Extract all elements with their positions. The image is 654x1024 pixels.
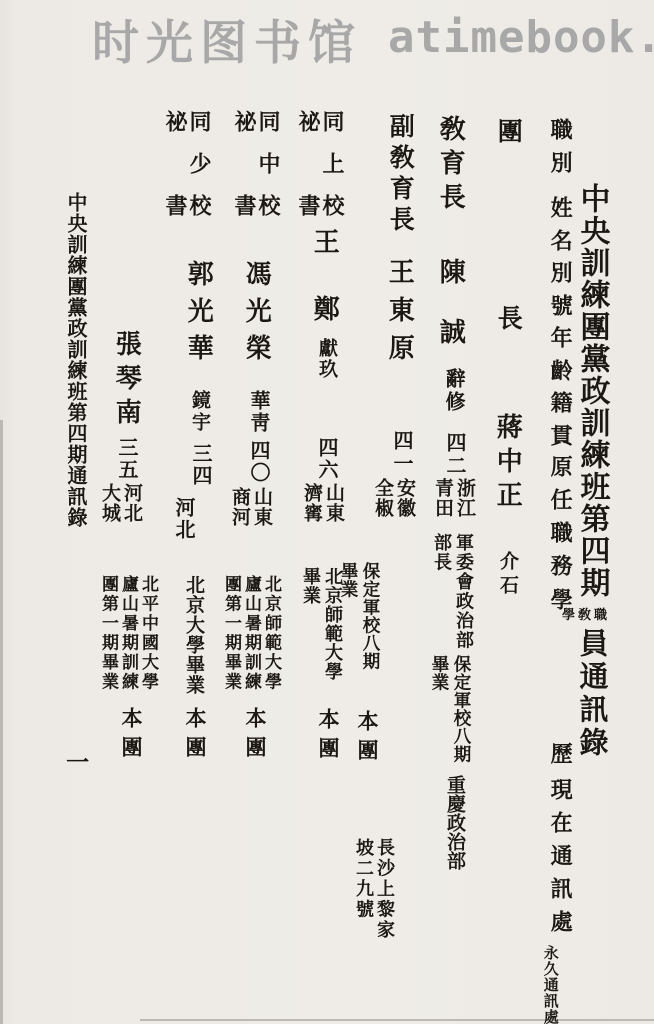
entry3-title: 副敎育長: [386, 113, 412, 237]
entry5-hao: 華靑: [247, 390, 268, 434]
entry6-education: 北京大學畢業: [183, 575, 203, 695]
entry6-current-address: 本團: [184, 707, 206, 765]
entry5-native-left: 商河: [228, 487, 250, 527]
header-zhibie: 職別: [549, 118, 572, 184]
book-title-tail: 員通訊錄: [576, 628, 606, 760]
entry6-native-place: 河北: [172, 497, 193, 541]
entry5-current-address: 本團: [244, 707, 266, 765]
entry1-name: 蔣中正: [494, 413, 521, 515]
entry4-native-place: 山東 濟寗: [300, 483, 344, 523]
entry4-education-left: 畢業: [300, 567, 322, 681]
entry7-education-col2: 廬山暑期訓練: [118, 575, 138, 692]
entry2-education-right: 保定軍校八期: [451, 655, 473, 763]
entry4-education-right: 北京師範大學: [322, 567, 344, 681]
entry3-current-address: 本團: [356, 710, 378, 768]
entry3-education: 保定軍校八期 畢業: [338, 562, 382, 670]
scan-edge-left: [0, 420, 3, 1024]
page-number: 一: [63, 750, 87, 773]
header-xianzai-tongxunchu: 現在通訊處: [549, 778, 572, 943]
entry2-native-place: 浙江 青田: [431, 478, 475, 518]
entry4-current-address: 本團: [317, 708, 339, 766]
entry2-former-post-right: 軍委會政治部: [453, 533, 475, 650]
entry6-title: 同少校 祕書: [163, 110, 211, 278]
header-jiguan: 籍貫: [549, 391, 572, 457]
scan-edge-bottom: [140, 1019, 654, 1021]
entry1-title-char2: 長: [494, 305, 520, 330]
entry4-education: 北京師範大學 畢業: [300, 567, 344, 681]
header-yongjiu-tongxunchu: 永久通訊處: [541, 945, 557, 1024]
entry2-hao: 辭修: [442, 368, 463, 414]
entry2-education-left: 畢業: [429, 655, 451, 763]
entry7-native-place: 河北 大城: [98, 483, 142, 523]
entry1-hao: 介石: [497, 551, 517, 599]
entry5-education: 北京師範大學 廬山暑期訓練 團第一期畢業: [221, 575, 281, 692]
entry2-former-post-left: 部長: [431, 533, 453, 650]
entry2-title: 敎育長: [437, 115, 464, 217]
entry3-native-place: 安徽 全椒: [371, 478, 415, 518]
entry3-permanent-left: 坡二九號: [353, 838, 374, 941]
entry7-education-col3: 團第一期畢業: [98, 575, 118, 692]
watermark-latin: atimebook.: [388, 12, 654, 63]
entry5-education-col1: 北京師範大學: [261, 575, 281, 692]
watermark-chinese: 时光图书馆: [92, 6, 362, 73]
running-title: 中央訓練團黨政訓練班第四期通訊錄: [64, 192, 85, 528]
entry3-permanent-right: 長沙上黎家: [374, 838, 395, 941]
entry6-title-right: 同少校: [187, 110, 211, 278]
entry2-current-address: 重慶政治部: [444, 775, 464, 870]
entry5-education-col2: 廬山暑期訓練: [241, 575, 261, 692]
entry3-native-left: 全椒: [371, 478, 393, 518]
entry5-title-left: 祕書: [232, 110, 256, 278]
header-biehao: 別號: [549, 261, 572, 327]
header-li: 歷: [549, 742, 572, 764]
entry5-native-right: 山東: [250, 487, 272, 527]
entry4-age: 四六: [315, 437, 336, 481]
entry2-former-post: 軍委會政治部 部長: [431, 533, 475, 650]
entry7-name: 張琴南: [113, 330, 140, 432]
entry7-education-col1: 北平中國大學: [138, 575, 158, 692]
entry5-native-place: 山東 商河: [228, 487, 272, 527]
entry2-name: 陳誠: [437, 258, 464, 378]
entry7-current-address: 本團: [120, 707, 142, 765]
entry4-hao: 獻玖: [316, 338, 336, 380]
entry2-native-right: 浙江: [453, 478, 475, 518]
entry3-education-right: 保定軍校八期: [360, 562, 382, 670]
book-title-main: 中央訓練團黨政訓練班第四期: [576, 183, 608, 599]
entry3-permanent-address: 長沙上黎家 坡二九號: [353, 838, 395, 941]
entry5-name: 馮光榮: [243, 260, 270, 371]
entry3-native-right: 安徽: [393, 478, 415, 518]
entry6-title-left: 祕書: [163, 110, 187, 278]
entry2-native-left: 青田: [431, 478, 453, 518]
scanned-directory-page: 时光图书馆 atimebook. 中央訓練團黨政訓練班第四期 學敎職 員通訊錄 …: [0, 0, 654, 1024]
entry5-title-right: 同中校: [256, 110, 280, 278]
entry7-education: 北平中國大學 廬山暑期訓練 團第一期畢業: [98, 575, 158, 692]
entry3-age: 四一: [390, 430, 411, 476]
entry5-title: 同中校 祕書: [232, 110, 280, 278]
header-nianling: 年齡: [549, 326, 572, 392]
entry5-age: 四〇: [247, 440, 268, 484]
entry2-age: 四二: [443, 432, 464, 478]
entry7-age: 三五: [115, 437, 136, 481]
header-xue: 學: [549, 588, 572, 610]
entry6-name: 郭光華: [185, 260, 212, 371]
entry7-native-right: 河北: [120, 483, 142, 523]
entry7-native-left: 大城: [98, 483, 120, 523]
entry5-education-col3: 團第一期畢業: [221, 575, 241, 692]
header-xingming: 姓名: [549, 196, 572, 262]
header-yuanrenzhiwu: 原任職務: [549, 455, 572, 587]
entry4-native-right: 山東: [322, 483, 344, 523]
entry3-name: 王東原: [386, 258, 413, 372]
entry4-native-left: 濟寗: [300, 483, 322, 523]
entry6-age: 三四: [189, 443, 210, 487]
entry1-title-char1: 團: [494, 118, 520, 143]
entry2-education: 保定軍校八期 畢業: [429, 655, 473, 763]
entry6-hao: 鏡宇: [189, 390, 209, 434]
